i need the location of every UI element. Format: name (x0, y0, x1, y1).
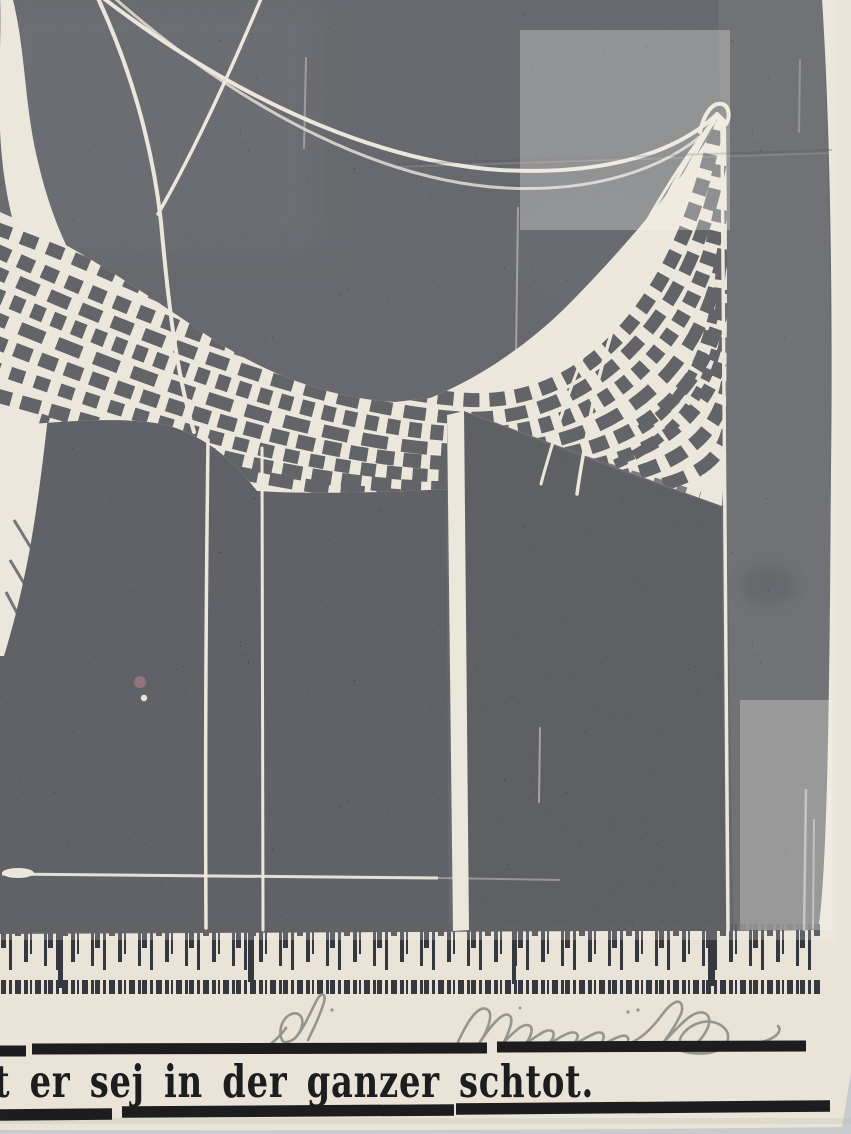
artwork-canvas: ali schindehütte t er sej in der ganzer … (0, 0, 851, 1134)
print-impression (0, 0, 835, 1046)
caption-text: t er sej in der ganzer schtot. (0, 1055, 594, 1108)
white-spot (141, 695, 147, 701)
ink-speckle-dense (520, 30, 730, 230)
paper-edge-shadow (0, 1118, 851, 1124)
ink-speckle-band (740, 700, 832, 930)
rule-top (0, 1046, 806, 1051)
pink-spot (134, 676, 146, 688)
woodcut-print-photo: ali schindehütte t er sej in der ganzer … (0, 0, 851, 1134)
